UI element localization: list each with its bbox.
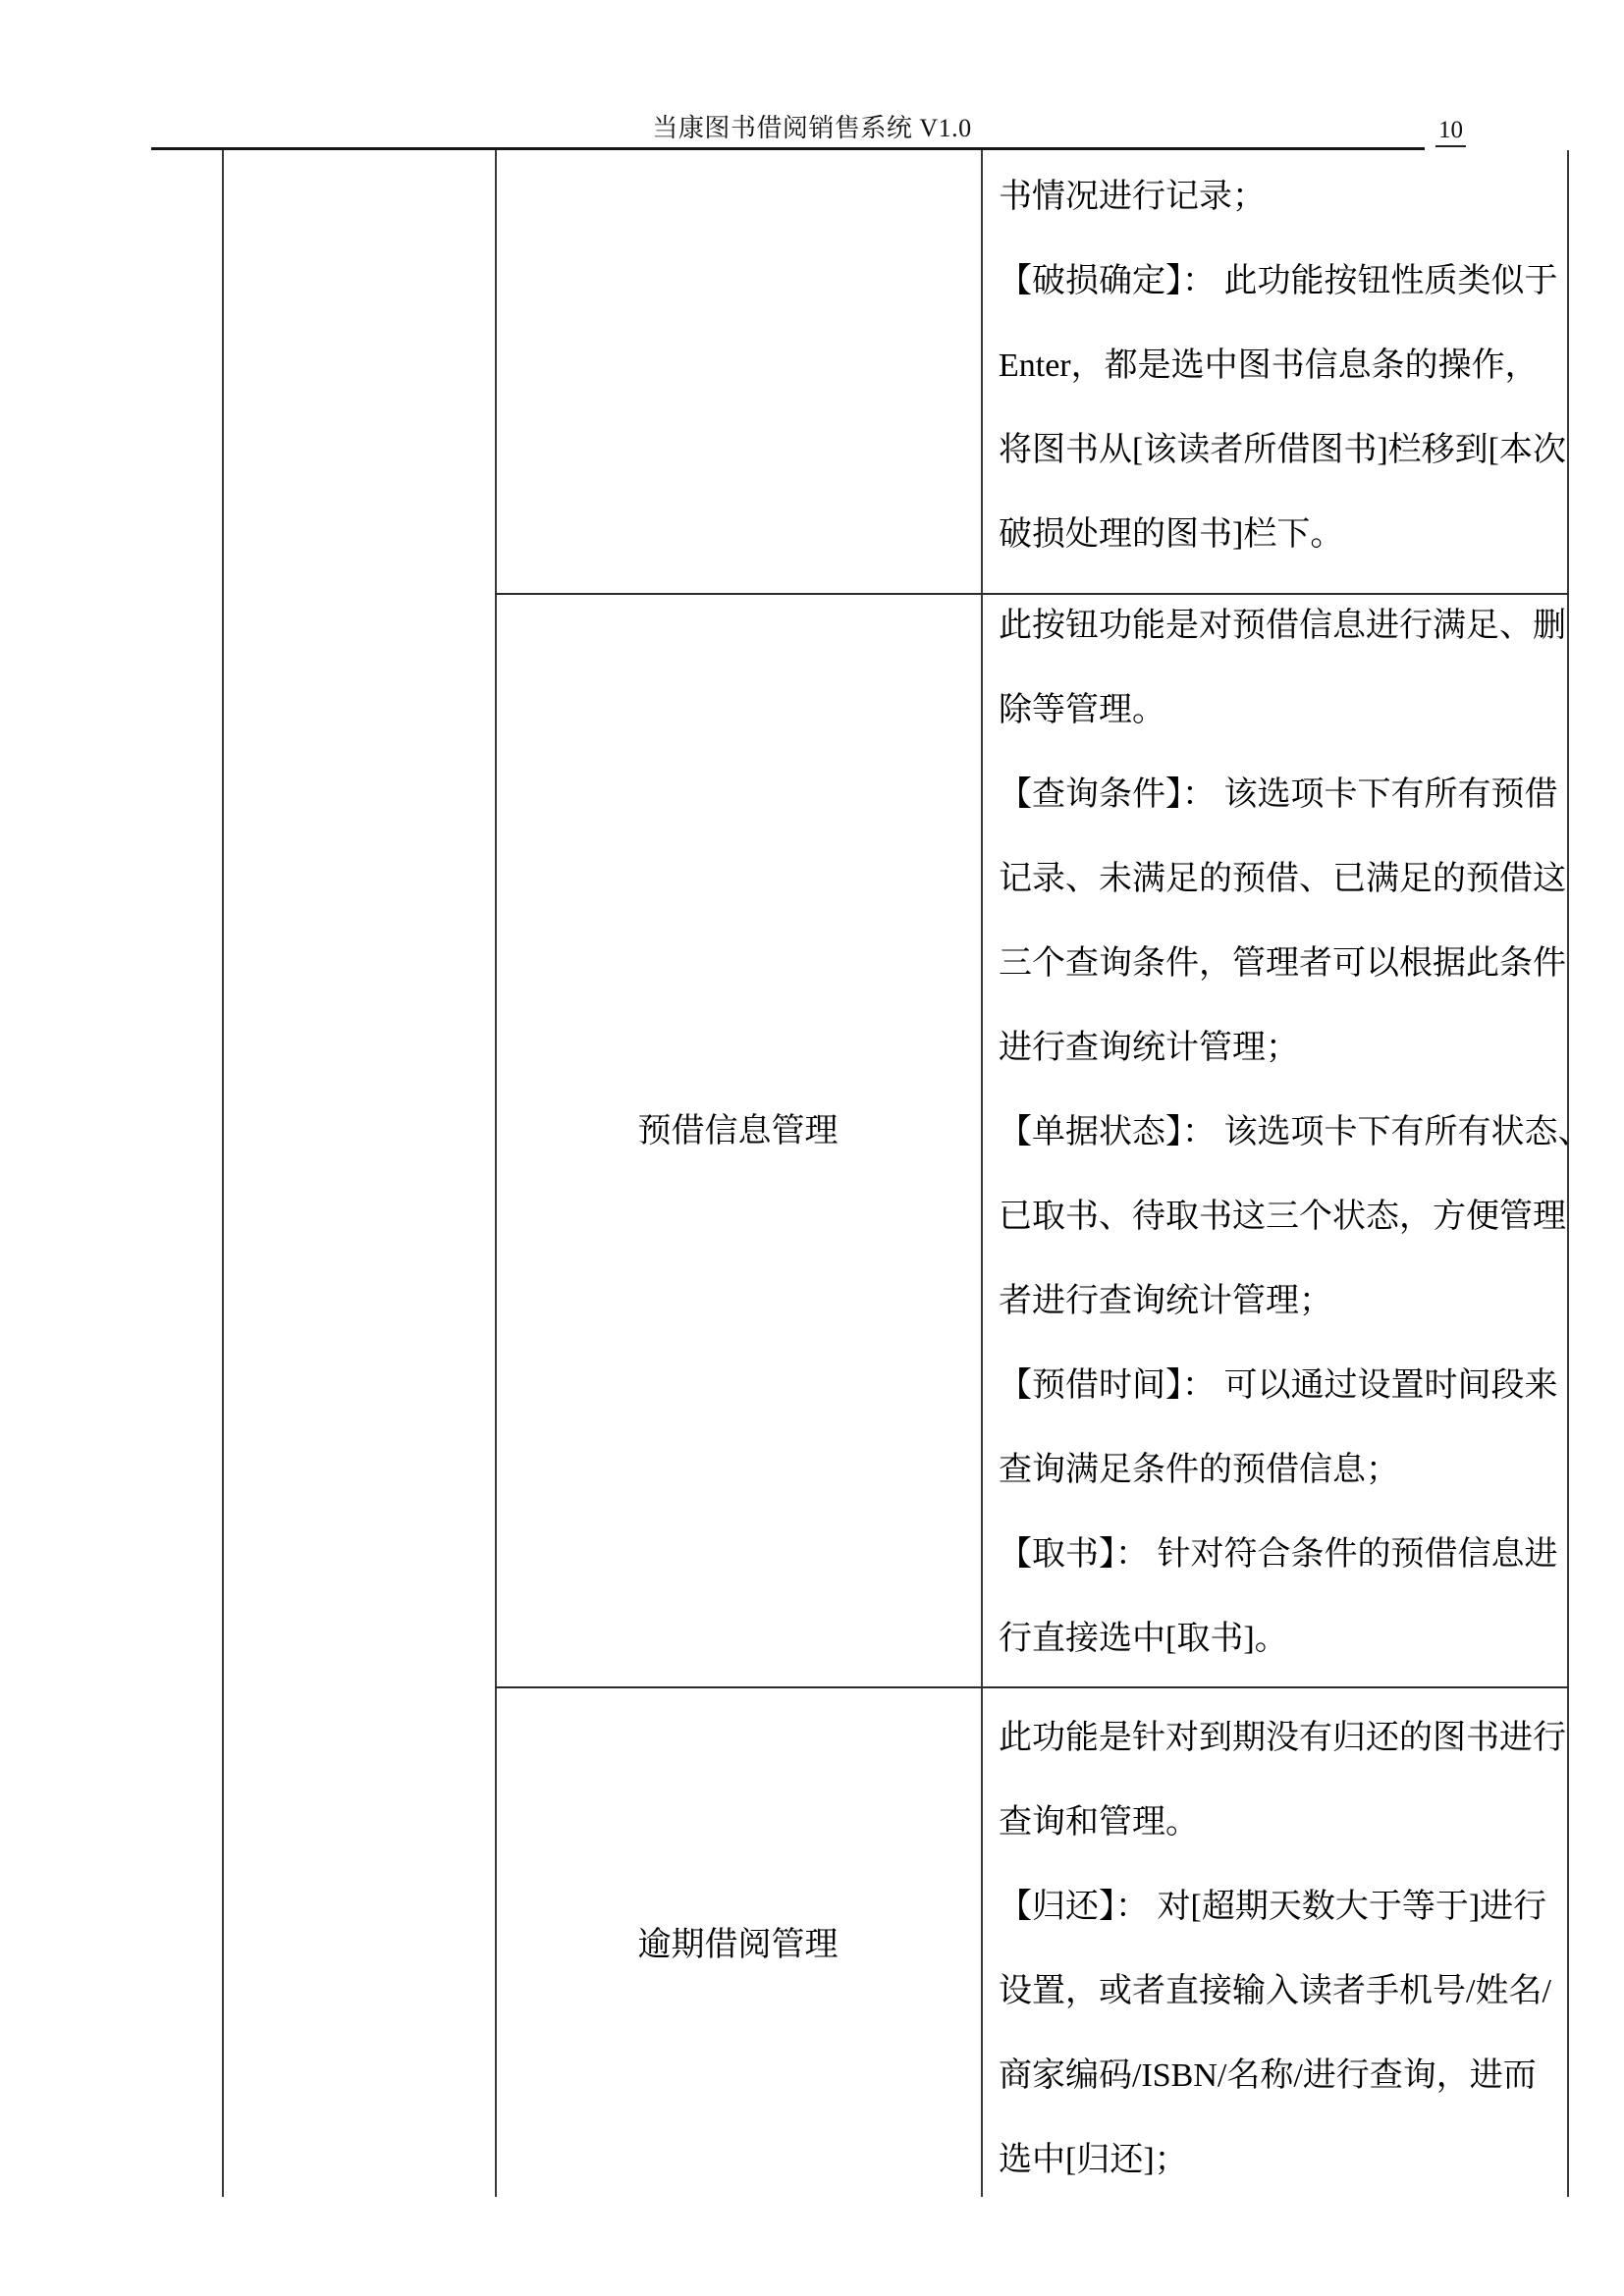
text-line: 【单据状态】： 该选项卡下有所有状态、 [999, 1091, 1566, 1175]
table-cell-label-reservation-management: 预借信息管理 [497, 1112, 979, 1151]
table-border-right [1567, 150, 1569, 2197]
table-cell-text-row3: 此功能是针对到期没有归还的图书进行 查询和管理。 【归还】： 对[超期天数大于等… [999, 1696, 1566, 2203]
text-line: 设置，或者直接输入读者手机号/姓名/ [999, 1949, 1566, 2034]
table-cell-text-row1: 书情况进行记录； 【破损确定】： 此功能按钮性质类似于 Enter，都是选中图书… [999, 155, 1566, 577]
text-line: 记录、未满足的预借、已满足的预借这 [999, 837, 1566, 922]
text-line: 查询和管理。 [999, 1781, 1566, 1865]
text-line: Enter，都是选中图书信息条的操作， [999, 324, 1566, 408]
text-line: 【归还】： 对[超期天数大于等于]进行 [999, 1865, 1566, 1949]
table-cell-text-row2: 此按钮功能是对预借信息进行满足、删 除等管理。 【查询条件】： 该选项卡下有所有… [999, 584, 1566, 1682]
text-line: 三个查询条件，管理者可以根据此条件 [999, 922, 1566, 1006]
table-border-left [222, 150, 224, 2197]
text-line: 【预借时间】： 可以通过设置时间段来 [999, 1344, 1566, 1428]
text-line: 行直接选中[取书]。 [999, 1597, 1566, 1682]
text-line: 【破损确定】： 此功能按钮性质类似于 [999, 240, 1566, 324]
text-line: 将图书从[该读者所借图书]栏移到[本次 [999, 408, 1566, 493]
text-line: 者进行查询统计管理； [999, 1259, 1566, 1344]
text-line: 除等管理。 [999, 668, 1566, 753]
table-column-divider-1 [495, 150, 497, 2197]
text-line: 【取书】： 针对符合条件的预借信息进 [999, 1513, 1566, 1597]
page-number: 10 [1435, 118, 1466, 142]
text-line: 【查询条件】： 该选项卡下有所有预借 [999, 753, 1566, 837]
text-line: 书情况进行记录； [999, 155, 1566, 240]
document-page: 当康图书借阅销售系统 V1.0 10 书情况进行记录； 【破损确定】： 此功能按… [0, 0, 1624, 2296]
text-line: 已取书、待取书这三个状态，方便管理 [999, 1175, 1566, 1259]
text-line: 此功能是针对到期没有归还的图书进行 [999, 1696, 1566, 1781]
page-number-value: 10 [1435, 117, 1466, 147]
text-line: 选中[归还]； [999, 2118, 1566, 2203]
table-row-divider-2 [495, 1686, 1569, 1688]
table-column-divider-2 [981, 150, 983, 2197]
text-line: 破损处理的图书]栏下。 [999, 493, 1566, 577]
header-rule [151, 147, 1425, 150]
text-line: 商家编码/ISBN/名称/进行查询，进而 [999, 2034, 1566, 2118]
text-line: 进行查询统计管理； [999, 1006, 1566, 1091]
text-line: 此按钮功能是对预借信息进行满足、删 [999, 584, 1566, 668]
table-cell-label-overdue-management: 逾期借阅管理 [497, 1926, 979, 1965]
text-line: 查询满足条件的预借信息； [999, 1428, 1566, 1513]
header-title: 当康图书借阅销售系统 V1.0 [0, 116, 1624, 141]
